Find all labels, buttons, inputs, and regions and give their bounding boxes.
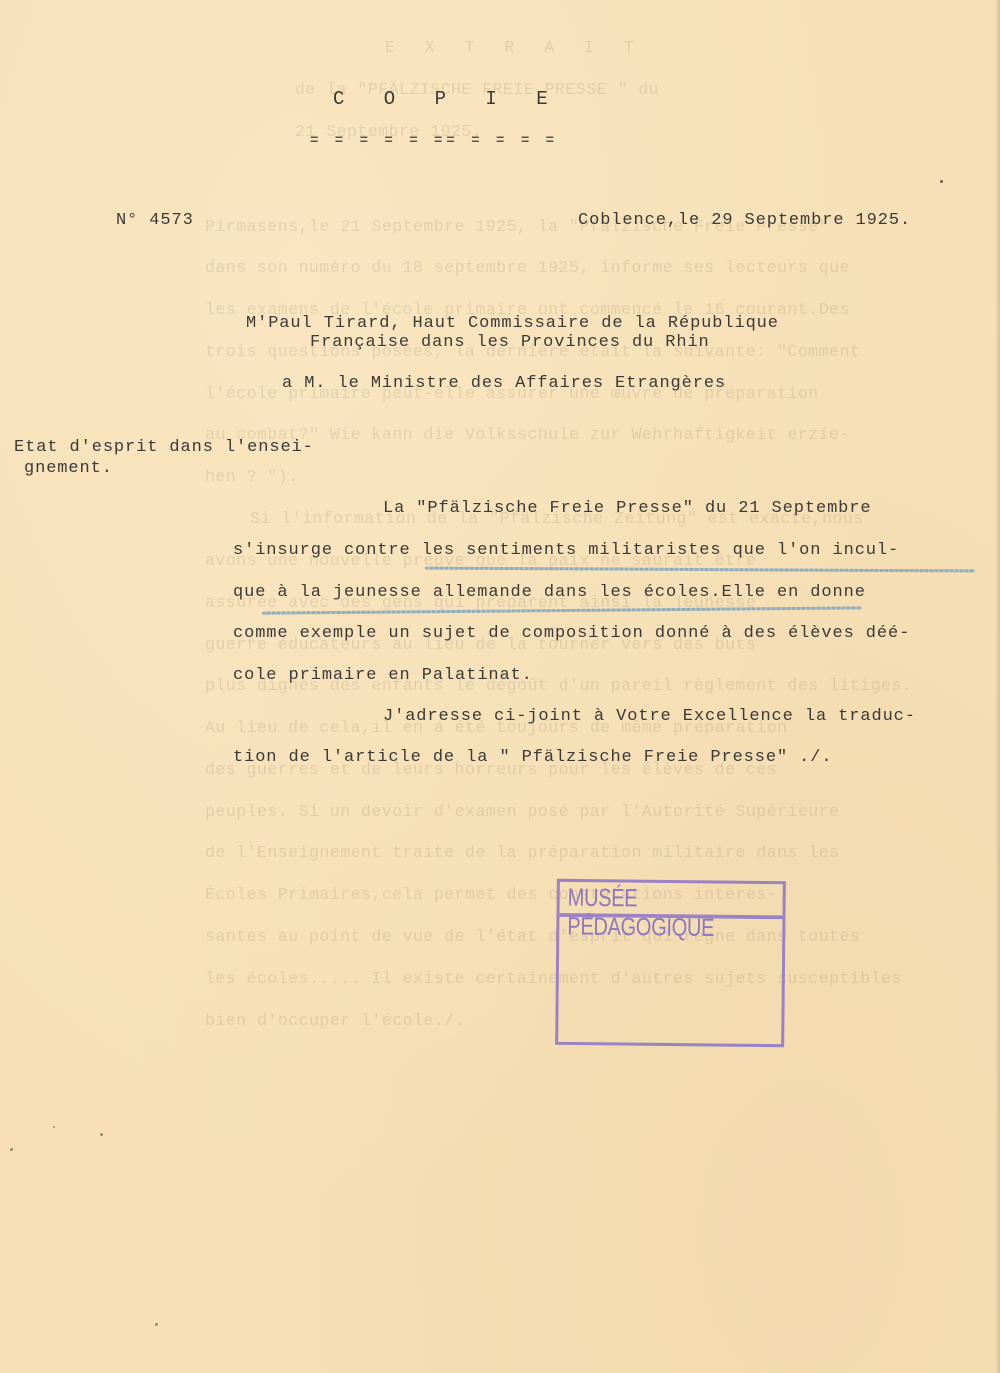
paper-speck	[940, 180, 943, 183]
museum-stamp: MUSÉE PÉDAGOGIQUE	[555, 879, 786, 1047]
paper-speck	[10, 1148, 13, 1151]
ghost-line: hen ? ").	[205, 467, 299, 486]
document-title: C O P I E	[333, 88, 562, 110]
pencil-underline	[425, 567, 975, 573]
ghost-line: dans son numéro du 18 septembre 1925, in…	[205, 258, 850, 277]
stamp-label: MUSÉE PÉDAGOGIQUE	[559, 882, 782, 919]
ghost-line: peuples. Si un devoir d'examen posé par …	[205, 802, 840, 821]
paper-speck	[53, 1126, 55, 1128]
recipient: a M. le Ministre des Affaires Etrangères	[282, 374, 726, 393]
subject-line-1: Etat d'esprit dans l'ensei-	[14, 438, 314, 457]
sender-line-2: Française dans les Provinces du Rhin	[310, 333, 710, 352]
reference-number: N° 4573	[116, 211, 194, 230]
body-line: s'insurge contre les sentiments militari…	[233, 541, 899, 560]
ghost-line: bien d'occuper l'école./.	[205, 1011, 465, 1030]
body-line: cole primaire en Palatinat.	[233, 666, 533, 685]
sender-line-1: M'Paul Tirard, Haut Commissaire de la Ré…	[246, 314, 779, 333]
body-line: tion de l'article de la " Pfälzische Fre…	[233, 748, 833, 767]
place-date: Coblence,le 29 Septembre 1925.	[578, 211, 911, 230]
body-line: La "Pfälzische Freie Presse" du 21 Septe…	[383, 499, 871, 518]
paper-speck	[100, 1133, 103, 1136]
body-line: que à la jeunesse allemande dans les éco…	[233, 583, 866, 602]
ghost-line: E X T R A I T	[385, 38, 644, 57]
paper-speck	[155, 1323, 158, 1326]
body-line: J'adresse ci-joint à Votre Excellence la…	[383, 707, 916, 726]
body-line: comme exemple un sujet de composition do…	[233, 624, 910, 643]
title-rule: = = = = = == = = = =	[310, 133, 558, 149]
subject-line-2: gnement.	[24, 459, 113, 478]
page-edge-shadow	[995, 0, 1000, 1373]
ghost-line: de l'Enseignement traite de la préparati…	[205, 843, 840, 862]
ghost-line: les écoles..... Il existe certainement d…	[205, 969, 902, 988]
